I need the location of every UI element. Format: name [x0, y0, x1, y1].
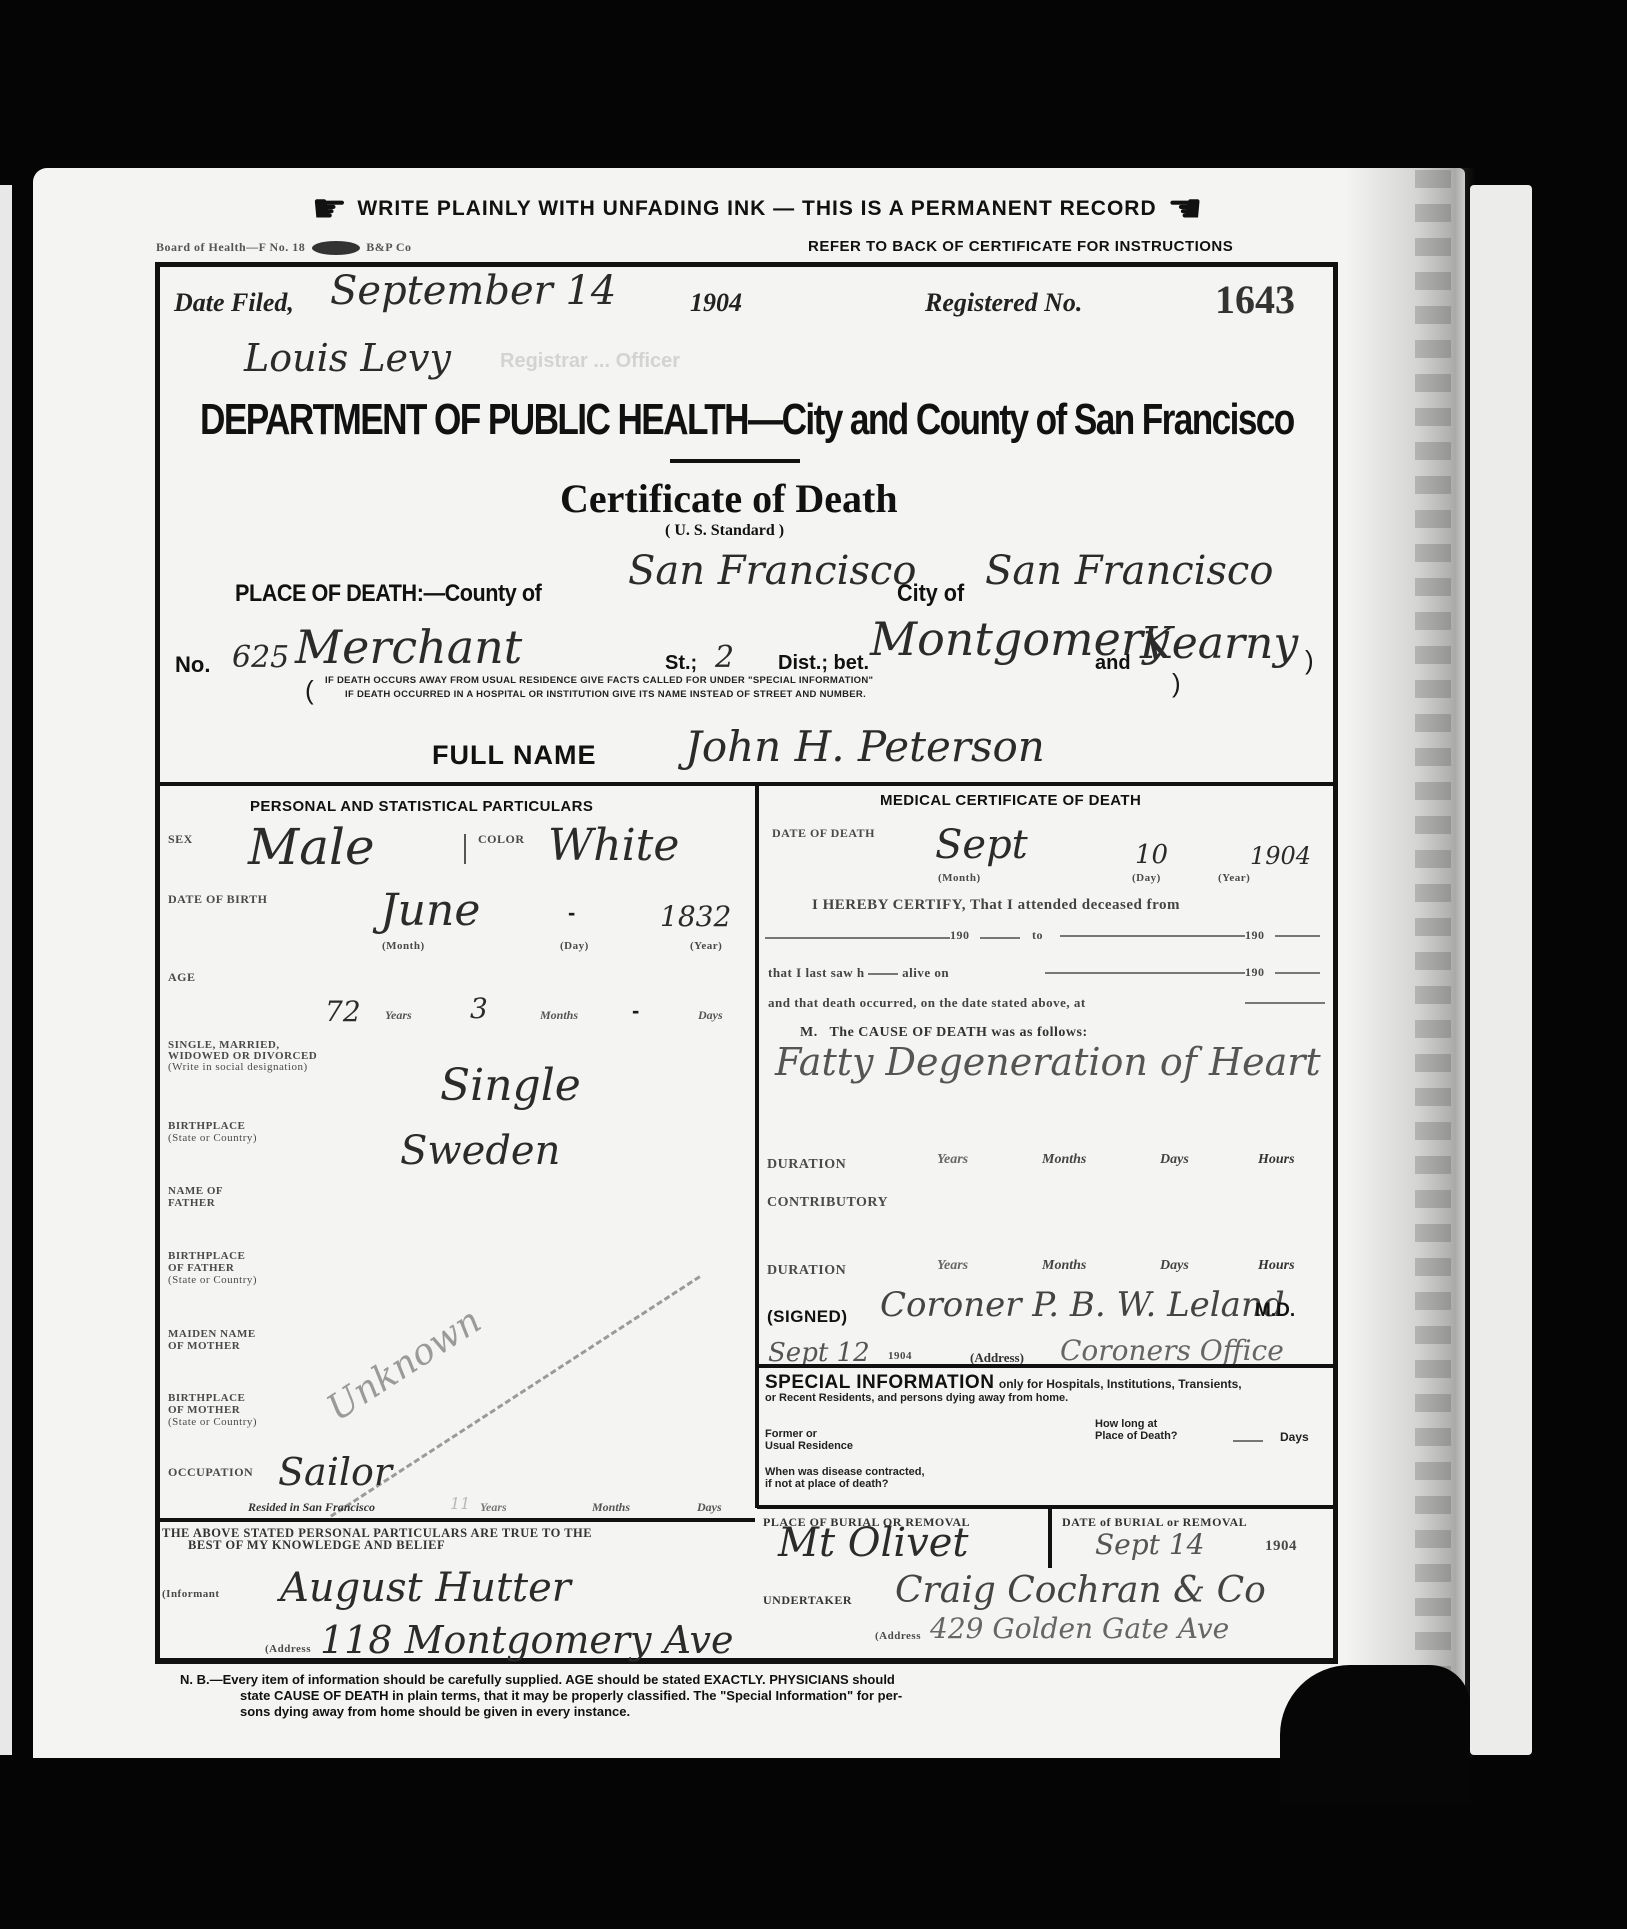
color-value: White [548, 820, 679, 871]
duration-label: DURATION [767, 1157, 846, 1173]
color-label: COLOR [478, 832, 525, 847]
attended-from-190: 190 [950, 928, 970, 943]
date-filed-value: September 14 [330, 268, 616, 314]
birthplace-value: Sweden [400, 1128, 560, 1174]
mother-birthplace-label: BIRTHPLACE OF MOTHER (State or Country) [168, 1392, 257, 1428]
resided-label: Resided in San Francisco [248, 1500, 375, 1515]
special-heading-main: SPECIAL INFORMATION [765, 1372, 994, 1393]
age-days-caption: Days [698, 1008, 723, 1023]
death-place-line [1245, 1002, 1325, 1004]
warning-banner: ☛ WRITE PLAINLY WITH UNFADING INK — THIS… [212, 192, 1302, 226]
how-long-label: How long at Place of Death? [1095, 1418, 1178, 1442]
how-long-blank [1233, 1440, 1263, 1442]
father-bp-line-3: (State or Country) [168, 1274, 257, 1286]
contrib-duration-months: Months [1042, 1258, 1086, 1274]
department-title: DEPARTMENT OF PUBLIC HEALTH—City and Cou… [200, 395, 1072, 445]
marital-value: Single [440, 1060, 581, 1111]
mother-bp-line-3: (State or Country) [168, 1416, 257, 1428]
alive-on-year-line [1275, 972, 1320, 974]
informant-label: (Informant [162, 1588, 220, 1600]
duration-hours: Hours [1258, 1152, 1295, 1168]
binding-marks [1415, 170, 1451, 1750]
contrib-duration-hours: Hours [1258, 1258, 1295, 1274]
attended-to-190: 190 [1245, 928, 1265, 943]
informant-address: 118 Montgomery Ave [320, 1618, 733, 1662]
street-label: St.; [665, 652, 697, 675]
registrar-signature: Louis Levy [244, 336, 451, 380]
between-street-2: Kearny [1140, 618, 1298, 669]
father-label-line-1: NAME OF [168, 1185, 223, 1197]
note-paren-close: ) [1172, 668, 1181, 699]
full-name-value: John H. Peterson [685, 722, 1045, 771]
contrib-duration-years: Years [937, 1258, 968, 1274]
father-bp-line-2: OF FATHER [168, 1262, 257, 1274]
contracted-line-1: When was disease contracted, [765, 1466, 925, 1478]
resided-years: 11 [450, 1494, 470, 1513]
mother-bp-line-1: BIRTHPLACE [168, 1392, 257, 1404]
how-long-line-2: Place of Death? [1095, 1430, 1178, 1442]
informant-address-label: (Address [265, 1643, 311, 1655]
sex-label: SEX [168, 832, 193, 847]
marital-label: SINGLE, MARRIED, WIDOWED OR DIVORCED (Wr… [168, 1040, 317, 1073]
birthplace-label-line-2: (State or Country) [168, 1132, 257, 1144]
number-label: No. [175, 652, 210, 678]
district-label: Dist.; bet. [778, 652, 869, 675]
special-divider [757, 1364, 1335, 1368]
age-years: 72 [325, 995, 361, 1028]
former-residence-label: Former or Usual Residence [765, 1428, 853, 1452]
certificate-title: Certificate of Death [560, 475, 898, 522]
city-label: City of [897, 580, 964, 608]
physician-signature: Coroner P. B. W. Leland [880, 1285, 1285, 1325]
sex-value: Male [248, 818, 375, 876]
informant-name: August Hutter [280, 1565, 571, 1611]
mother-label-line-1: MAIDEN NAME [168, 1328, 256, 1340]
sex-color-divider [464, 834, 466, 864]
burial-date: Sept 14 [1095, 1528, 1204, 1561]
note-paren-open: ( [305, 675, 314, 706]
dod-year-caption: (Year) [1218, 872, 1250, 884]
contrib-duration-days: Days [1160, 1258, 1189, 1274]
alive-on-190: 190 [1245, 965, 1265, 980]
physician-address: Coroners Office [1060, 1334, 1284, 1367]
resided-years-caption: Years [480, 1500, 507, 1515]
attended-to-line [1060, 935, 1245, 937]
special-heading-line-2: or Recent Residents, and persons dying a… [765, 1392, 1068, 1404]
printer-name: B&P Co [366, 240, 411, 254]
age-months: 3 [470, 992, 488, 1025]
dod-month-caption: (Month) [938, 872, 981, 884]
date-filed-year: 1904 [690, 288, 742, 318]
footnote: N. B.—Every item of information should b… [180, 1672, 902, 1720]
death-occurred-text: and that death occurred, on the date sta… [768, 995, 1086, 1011]
m-label: M. [800, 1025, 818, 1040]
cause-label: The CAUSE OF DEATH was as follows: [829, 1025, 1087, 1040]
footnote-line-2: state CAUSE OF DEATH in plain terms, tha… [180, 1688, 902, 1704]
signed-label: (SIGNED) [767, 1307, 848, 1327]
street-name: Merchant [295, 620, 522, 674]
residence-note-1: IF DEATH OCCURS AWAY FROM USUAL RESIDENC… [325, 675, 873, 686]
how-long-line-1: How long at [1095, 1418, 1178, 1430]
undertaker-address-label: (Address [875, 1630, 921, 1642]
birthplace-label: BIRTHPLACE (State or Country) [168, 1120, 257, 1144]
dob-month: June [380, 885, 480, 936]
contracted-label: When was disease contracted, if not at p… [765, 1466, 925, 1490]
former-label-line-1: Former or [765, 1428, 853, 1440]
former-label-line-2: Usual Residence [765, 1440, 853, 1452]
alive-on-line [1045, 972, 1245, 974]
md-label: M.D. [1255, 1300, 1295, 1322]
dod-day-caption: (Day) [1132, 872, 1161, 884]
cause-of-death: Fatty Degeneration of Heart [775, 1040, 1321, 1084]
undertaker-address: 429 Golden Gate Ave [930, 1612, 1229, 1645]
contributory-duration-label: DURATION [767, 1263, 846, 1279]
dob-day-caption: (Day) [560, 940, 589, 952]
alive-on-label: alive on [902, 965, 949, 980]
registered-label: Registered No. [925, 288, 1082, 318]
mother-name-label: MAIDEN NAME OF MOTHER [168, 1328, 256, 1352]
ward-number: 2 [715, 640, 734, 675]
burial-year: 1904 [1265, 1538, 1297, 1555]
medical-heading: MEDICAL CERTIFICATE OF DEATH [880, 792, 1141, 809]
registrar-title-faint: Registrar ... Officer [500, 350, 680, 373]
footnote-line-3: sons dying away from home should be give… [180, 1704, 902, 1720]
binding-shadow [1345, 168, 1475, 1758]
pointing-hand-icon-right: ☛ [1167, 194, 1203, 224]
form-id: Board of Health—F No. 18 B&P Co [156, 240, 412, 255]
place-of-death-label: PLACE OF DEATH:—County of [235, 580, 541, 608]
attestation: THE ABOVE STATED PERSONAL PARTICULARS AR… [162, 1527, 592, 1551]
attended-to-label: to [1032, 928, 1043, 943]
thumb-shadow [1280, 1665, 1470, 1805]
next-page-edge [1470, 185, 1532, 1755]
close-paren: ) [1305, 645, 1314, 676]
age-label: AGE [168, 970, 196, 985]
dod-label: DATE OF DEATH [772, 826, 875, 841]
father-bp-line-1: BIRTHPLACE [168, 1250, 257, 1262]
column-divider [755, 786, 759, 1508]
street-number: 625 [232, 640, 289, 675]
resided-months-caption: Months [592, 1500, 630, 1515]
last-saw-blank [868, 973, 898, 975]
sign-year: 1904 [888, 1350, 912, 1362]
undertaker-name: Craig Cochran & Co [895, 1570, 1266, 1611]
footnote-line-1: N. B.—Every item of information should b… [180, 1672, 902, 1688]
personal-heading: PERSONAL AND STATISTICAL PARTICULARS [250, 798, 593, 815]
registered-number: 1643 [1215, 276, 1295, 323]
undertaker-label: UNDERTAKER [763, 1593, 852, 1608]
special-heading-rest: only for Hospitals, Institutions, Transi… [999, 1377, 1242, 1391]
birthplace-label-line-1: BIRTHPLACE [168, 1120, 257, 1132]
title-rule [670, 459, 800, 463]
duration-years: Years [937, 1152, 968, 1168]
attended-from-year-line [980, 937, 1020, 939]
section-divider [160, 782, 1335, 786]
age-years-caption: Years [385, 1008, 412, 1023]
occupation-value: Sailor [278, 1450, 392, 1494]
special-heading: SPECIAL INFORMATION only for Hospitals, … [765, 1372, 1242, 1394]
attest-line-2: BEST OF MY KNOWLEDGE AND BELIEF [162, 1539, 592, 1551]
father-birthplace-label: BIRTHPLACE OF FATHER (State or Country) [168, 1250, 257, 1286]
attended-to-year-line [1275, 935, 1320, 937]
form-number: Board of Health—F No. 18 [156, 240, 305, 254]
burial-column-divider [1048, 1508, 1052, 1568]
date-filed-label: Date Filed, [174, 288, 294, 318]
dob-day: - [568, 900, 575, 926]
instructions-note: REFER TO BACK OF CERTIFICATE FOR INSTRUC… [808, 238, 1233, 255]
age-months-caption: Months [540, 1008, 578, 1023]
last-saw-label: that I last saw h [768, 965, 865, 980]
father-name-label: NAME OF FATHER [168, 1185, 223, 1209]
and-label: and [1095, 652, 1131, 675]
how-long-days: Days [1280, 1430, 1309, 1444]
county-value: San Francisco [628, 548, 916, 594]
warning-text: WRITE PLAINLY WITH UNFADING INK — THIS I… [357, 197, 1156, 221]
adjacent-page-edge [0, 185, 12, 1755]
resided-days-caption: Days [697, 1500, 722, 1515]
union-label-icon [312, 241, 360, 255]
attended-from-line [765, 937, 950, 939]
city-value: San Francisco [985, 548, 1273, 594]
attest-divider [160, 1518, 755, 1522]
pointing-hand-icon: ☛ [311, 194, 347, 224]
burial-divider [757, 1505, 1335, 1509]
contributory-label: CONTRIBUTORY [767, 1195, 888, 1211]
us-standard: ( U. S. Standard ) [665, 522, 784, 540]
duration-days: Days [1160, 1152, 1189, 1168]
occupation-label: OCCUPATION [168, 1465, 253, 1480]
mother-bp-line-2: OF MOTHER [168, 1404, 257, 1416]
father-label-line-2: FATHER [168, 1197, 223, 1209]
cause-label-row: M. The CAUSE OF DEATH was as follows: [800, 1025, 1088, 1041]
dod-day: 10 [1135, 840, 1168, 870]
burial-place: Mt Olivet [778, 1520, 968, 1566]
age-days: - [632, 998, 639, 1024]
certify-text: I HEREBY CERTIFY, That I attended deceas… [812, 897, 1180, 914]
last-saw-text: that I last saw h alive on [768, 965, 949, 981]
full-name-label: FULL NAME [432, 740, 597, 771]
duration-months: Months [1042, 1152, 1086, 1168]
dob-year-caption: (Year) [690, 940, 722, 952]
contracted-line-2: if not at place of death? [765, 1478, 925, 1490]
dod-month: Sept [935, 822, 1028, 868]
dob-year: 1832 [660, 900, 731, 933]
marital-label-line-3: (Write in social designation) [168, 1062, 317, 1073]
dod-year: 1904 [1250, 842, 1311, 870]
residence-note-2: IF DEATH OCCURRED IN A HOSPITAL OR INSTI… [345, 689, 866, 700]
dob-month-caption: (Month) [382, 940, 425, 952]
mother-label-line-2: OF MOTHER [168, 1340, 256, 1352]
dob-label: DATE OF BIRTH [168, 892, 267, 907]
